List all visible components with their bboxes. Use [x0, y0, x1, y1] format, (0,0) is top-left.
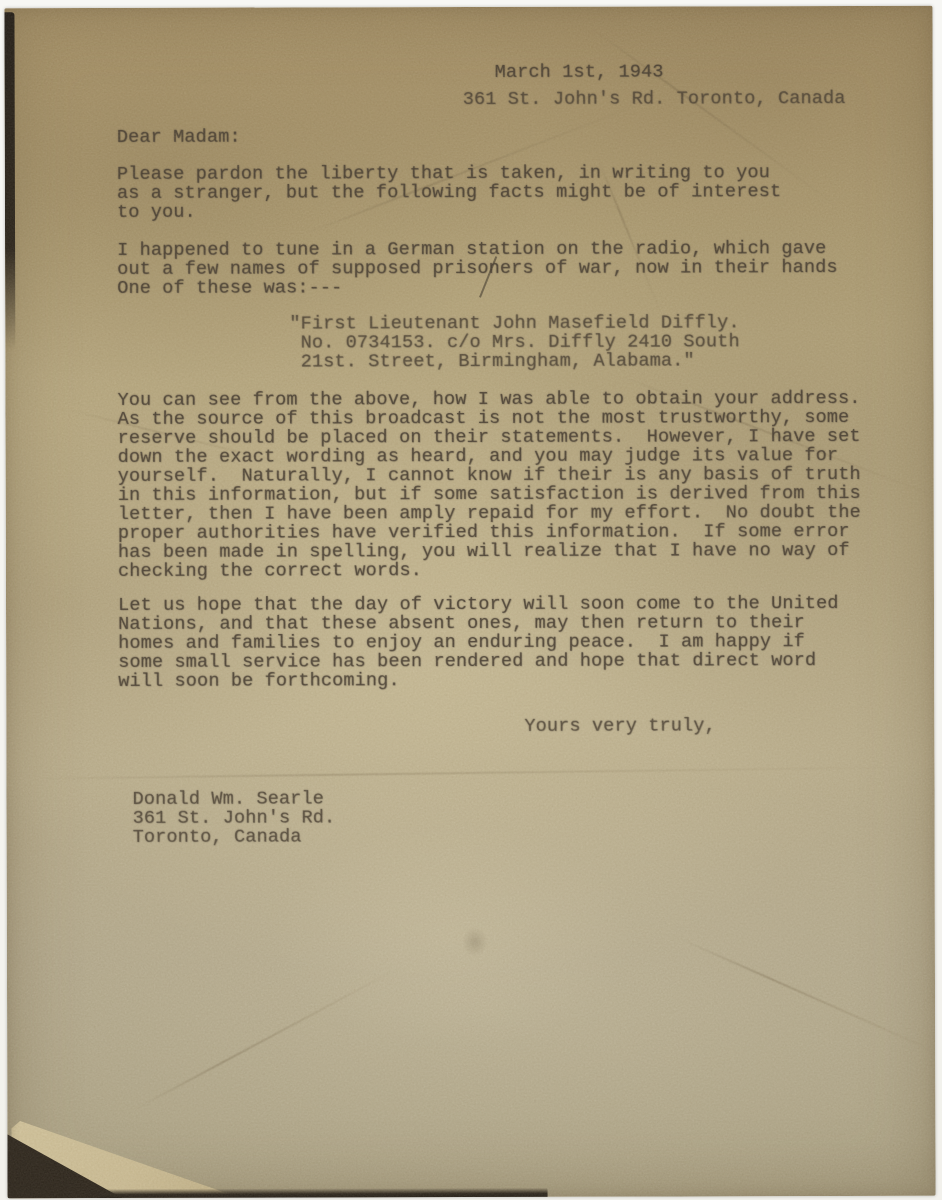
date-line: March 1st, 1943 — [495, 62, 664, 81]
letter-scan: March 1st, 1943 361 St. John's Rd. Toron… — [0, 0, 942, 1200]
paragraph-2: I happened to tune in a German station o… — [117, 239, 838, 298]
closing: Yours very truly, — [524, 716, 715, 736]
signature-block: Donald Wm. Searle 361 St. John's Rd. Tor… — [132, 789, 335, 847]
salutation: Dear Madam: — [117, 128, 241, 147]
crease-line — [36, 766, 906, 779]
return-address: 361 St. John's Rd. Toronto, Canada — [463, 89, 846, 109]
paper-edge-shadow-left — [4, 12, 15, 350]
crease-line — [134, 967, 399, 1110]
paragraph-3: You can see from the above, how I was ab… — [117, 389, 861, 581]
paper: March 1st, 1943 361 St. John's Rd. Toron… — [4, 6, 935, 1198]
paragraph-1: Please pardon the liberty that is taken,… — [117, 163, 781, 222]
pencil-smudge — [462, 927, 488, 957]
paragraph-4: Let us hope that the day of victory will… — [118, 594, 839, 691]
bottom-edge-shadow — [100, 1188, 548, 1198]
crease-line — [679, 938, 936, 1057]
pow-broadcast-quote: "First Lieutenant John Masefield Diffly.… — [289, 313, 739, 371]
